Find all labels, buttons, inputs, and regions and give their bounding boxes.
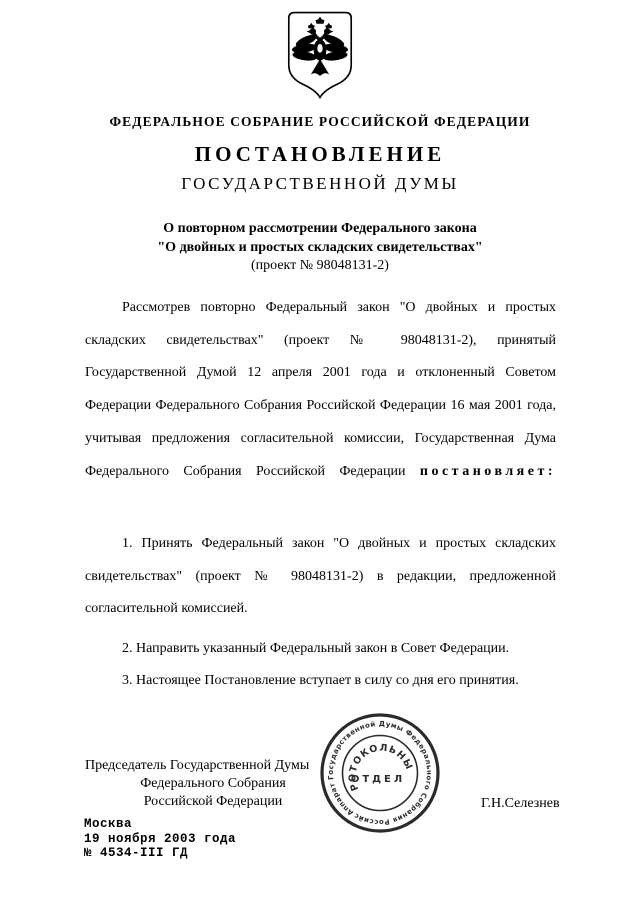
resolution-item-2: 2. Направить указанный Федеральный закон…	[85, 633, 556, 666]
footer-date: 19 ноября 2003 года	[84, 832, 236, 847]
preamble-line: складских свидетельствах" (проект № 9804…	[85, 325, 556, 358]
document-page: ФЕДЕРАЛЬНОЕ СОБРАНИЕ РОССИЙСКОЙ ФЕДЕРАЦИ…	[0, 0, 640, 900]
doc-issuer-title: ГОСУДАРСТВЕННОЙ ДУМЫ	[0, 174, 640, 194]
doc-type-title: ПОСТАНОВЛЕНИЕ	[0, 142, 640, 167]
item-line: 2. Направить указанный Федеральный закон…	[85, 633, 556, 666]
preamble-line: Федерального Собрания Российской Федерац…	[85, 456, 556, 489]
signature-title-line: Российской Федерации	[85, 793, 341, 811]
preamble-line: Государственной Думой 12 апреля 2001 год…	[85, 357, 556, 390]
resolution-item-1: 1. Принять Федеральный закон "О двойных …	[85, 528, 556, 626]
signature-title-line: Федерального Собрания	[85, 775, 341, 793]
footer-block: Москва 19 ноября 2003 года № 4534-III ГД	[84, 817, 236, 861]
subject-block: О повторном рассмотрении Федерального за…	[0, 220, 640, 276]
preamble-line: Рассмотрев повторно Федеральный закон "О…	[85, 292, 556, 325]
item-line: свидетельствах" (проект № 98048131-2) в …	[85, 561, 556, 594]
subject-line-2: "О двойных и простых складских свидетель…	[0, 239, 640, 258]
svg-text:Аппарат Государственной Думы Ф: Аппарат Государственной Думы Федеральног…	[309, 702, 449, 844]
protocol-stamp: Аппарат Государственной Думы Федеральног…	[309, 702, 451, 844]
signature-title-line: Председатель Государственной Думы	[85, 757, 341, 775]
footer-number: № 4534-III ГД	[84, 846, 236, 861]
stamp-ring-text: Аппарат Государственной Думы Федеральног…	[309, 702, 449, 844]
signature-title: Председатель Государственной Думы Федера…	[85, 757, 341, 810]
org-line: ФЕДЕРАЛЬНОЕ СОБРАНИЕ РОССИЙСКОЙ ФЕДЕРАЦИ…	[0, 114, 640, 130]
preamble-line: Федерации Федерального Собрания Российск…	[85, 390, 556, 423]
coat-of-arms-icon	[287, 11, 353, 99]
resolves-word: постановляет:	[420, 464, 556, 479]
stamp-outer-ring	[322, 715, 438, 831]
signature-name: Г.Н.Селезнев	[481, 796, 560, 812]
preamble-paragraph: Рассмотрев повторно Федеральный закон "О…	[85, 292, 556, 488]
subject-line-1: О повторном рассмотрении Федерального за…	[0, 220, 640, 239]
footer-city: Москва	[84, 817, 236, 832]
preamble-line: учитывая предложения согласительной коми…	[85, 423, 556, 456]
item-line: 1. Принять Федеральный закон "О двойных …	[85, 528, 556, 561]
resolution-item-3: 3. Настоящее Постановление вступает в си…	[85, 665, 556, 698]
item-line: согласительной комиссией.	[85, 593, 556, 626]
subject-line-3: (проект № 98048131-2)	[0, 257, 640, 276]
preamble-line-text: Федерального Собрания Российской Федерац…	[85, 464, 405, 479]
stamp-center-text: ОТДЕЛ	[351, 774, 405, 785]
item-line: 3. Настоящее Постановление вступает в си…	[85, 665, 556, 698]
